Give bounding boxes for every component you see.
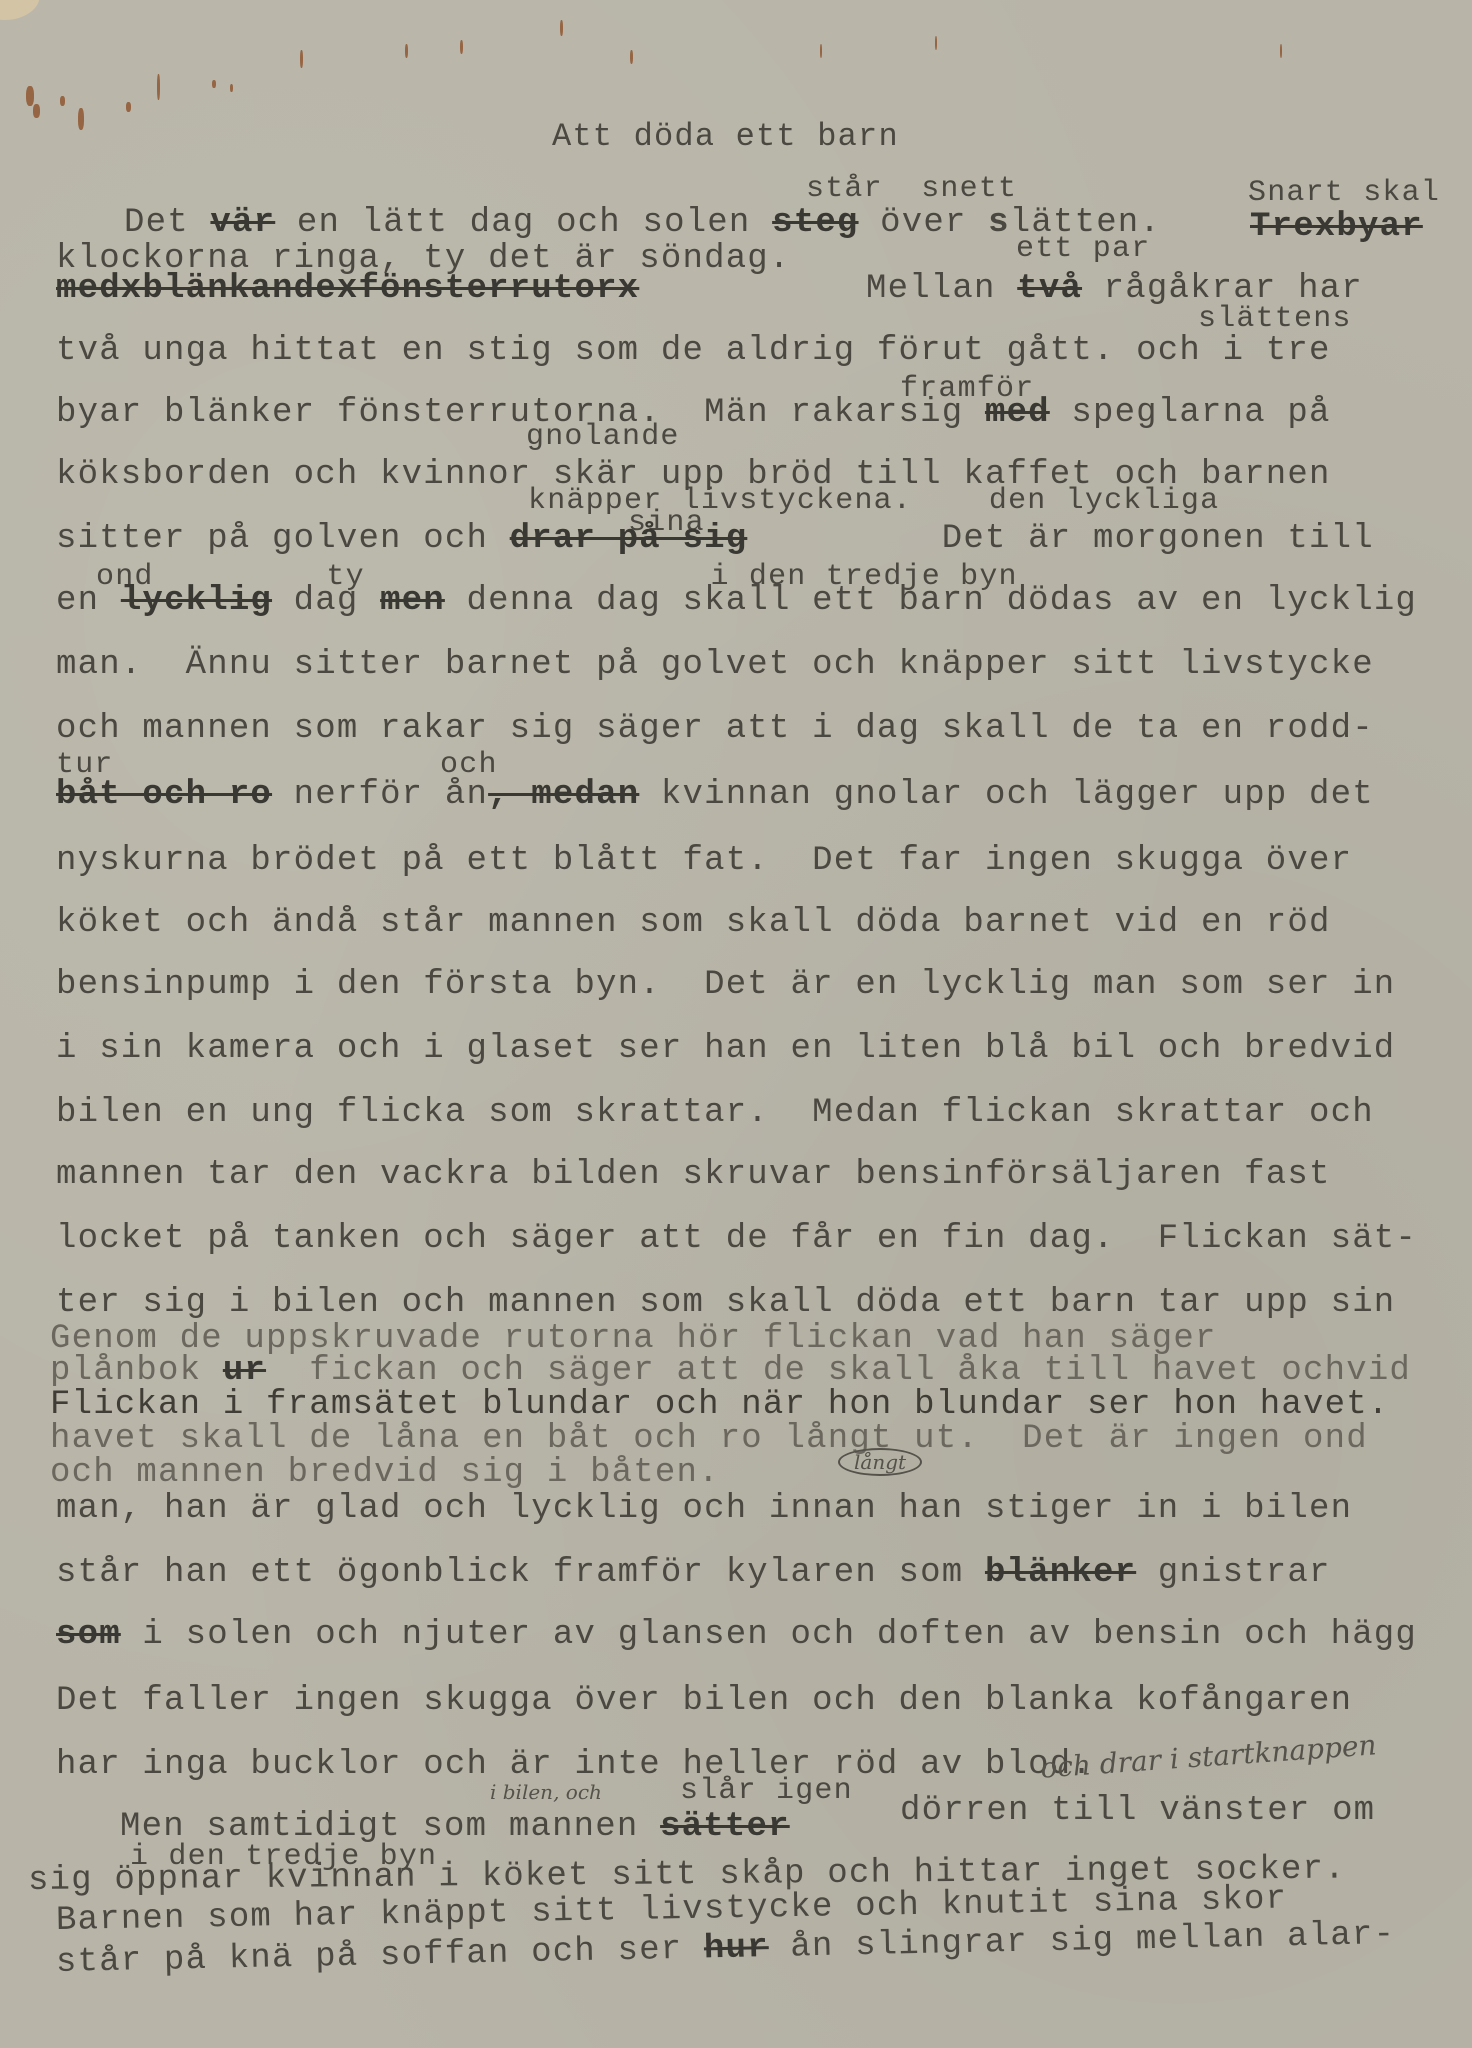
rust-mark [630, 50, 633, 64]
insertion: slättens [1198, 302, 1352, 336]
deletion: medxblänkandexfönsterrutorx [56, 270, 639, 308]
deletion: steg [772, 204, 858, 242]
rust-mark [460, 40, 463, 54]
text-line: bilen en ung flicka som skrattar. Medan … [56, 1094, 1374, 1132]
insertion: står snett [806, 172, 1017, 206]
text-line: står han ett ögonblick framför kylaren s… [56, 1554, 1331, 1592]
deletion: ur [223, 1352, 266, 1390]
deletion: sätter [660, 1808, 790, 1846]
rust-mark [560, 20, 563, 36]
text-line: man, han är glad och lycklig och innan h… [56, 1490, 1352, 1528]
text-line: Det vär en lätt dag och solen steg över … [124, 204, 1161, 242]
text-line: och mannen som rakar sig säger att i dag… [56, 710, 1374, 748]
manuscript-page: Att döda ett barn står snett Snart skal … [0, 0, 1472, 2048]
text-line: två unga hittat en stig som de aldrig fö… [56, 332, 1331, 370]
text-line: Det faller ingen skugga över bilen och d… [56, 1682, 1352, 1720]
insertion: Snart skal [1248, 176, 1440, 210]
rust-mark [212, 80, 216, 88]
text-line: Flickan i framsätet blundar och när hon … [50, 1386, 1389, 1424]
deletion: drar på sig [510, 520, 748, 558]
deletion: vär [210, 204, 275, 242]
rust-mark [78, 108, 84, 130]
text-line: sitter på golven och drar på sig Det är … [56, 520, 1374, 558]
deletion: Trexbyar [1250, 208, 1423, 246]
deletion: som [56, 1616, 121, 1654]
deletion: båt och ro [56, 776, 272, 814]
deletion: , medan [488, 776, 639, 814]
deletion: blänker [985, 1554, 1136, 1592]
text-line: som i solen och njuter av glansen och do… [56, 1616, 1417, 1654]
deletion: men [380, 582, 445, 620]
rust-mark [405, 44, 408, 58]
rust-mark [1280, 44, 1282, 58]
insertion: gnolande [526, 420, 680, 454]
text-line: båt och ro nerför ån, medan kvinnan gnol… [56, 776, 1374, 814]
text-line: en lycklig dag men denna dag skall ett b… [56, 582, 1417, 620]
deletion: med [985, 394, 1050, 432]
text-line: bensinpump i den första byn. Det är en l… [56, 966, 1395, 1004]
text-line: byar blänker fönsterrutorna. Män rakarsi… [56, 394, 1331, 432]
insertion: slår igen [680, 1774, 853, 1808]
text-line: havet skall de låna en båt och ro långt … [50, 1420, 1368, 1458]
text-line: dörren till vänster om [900, 1792, 1375, 1830]
deletion: hur [704, 1929, 770, 1968]
insertion: ett par [1016, 232, 1150, 266]
rust-mark [300, 50, 303, 68]
text-line: i sin kamera och i glaset ser han en lit… [56, 1030, 1395, 1068]
rust-mark [230, 84, 233, 92]
rust-mark [60, 96, 65, 106]
deletion: två [1017, 270, 1082, 308]
handwritten-note: i bilen, och [490, 1780, 602, 1804]
rust-mark [33, 104, 40, 118]
handwritten-note: långt [838, 1448, 922, 1476]
text-line: mannen tar den vackra bilden skruvar ben… [56, 1156, 1331, 1194]
deletion: lycklig [121, 582, 272, 620]
text-line: och mannen bredvid sig i båten. [50, 1454, 720, 1492]
rust-mark [820, 44, 822, 58]
text-line: locket på tanken och säger att de får en… [56, 1220, 1417, 1258]
text-line: har inga bucklor och är inte heller röd … [56, 1746, 1093, 1784]
text-line: nyskurna brödet på ett blått fat. Det fa… [56, 842, 1352, 880]
rust-mark [26, 86, 34, 106]
document-title: Att döda ett barn [552, 118, 899, 155]
rust-mark [157, 74, 160, 100]
paper-stain [0, 0, 40, 20]
rust-mark [935, 36, 937, 50]
text-line: ter sig i bilen och mannen som skall död… [56, 1284, 1395, 1322]
text-line: plånbok ur fickan och säger att de skall… [50, 1352, 1411, 1390]
rust-mark [126, 102, 131, 112]
handwritten-note: och drar i startknappen [1039, 1728, 1377, 1784]
text-line: man. Ännu sitter barnet på golvet och kn… [56, 646, 1374, 684]
text-line: köket och ändå står mannen som skall död… [56, 904, 1331, 942]
